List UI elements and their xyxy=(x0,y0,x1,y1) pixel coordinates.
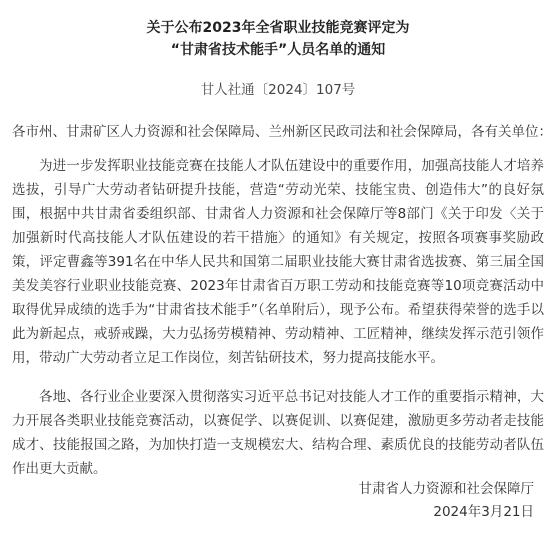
signature-block: 甘肃省人力资源和社会保障厅 2024年3月21日 xyxy=(359,478,535,524)
issuer-name: 甘肃省人力资源和社会保障厅 xyxy=(359,478,535,501)
document-title: 关于公布2023年全省职业技能竞赛评定为 “甘肃省技术能手”人员名单的通知 xyxy=(12,17,544,61)
body-paragraph-2: 各地、各行业企业要深入贯彻落实习近平总书记对技能人才工作的重要指示精神，大力开展… xyxy=(12,385,544,481)
title-line-1: 关于公布2023年全省职业技能竞赛评定为 xyxy=(12,17,544,39)
body-paragraph-1: 为进一步发挥职业技能竞赛在技能人才队伍建设中的重要作用，加强高技能人才培养选拔，… xyxy=(12,154,544,370)
addressee: 各市州、甘肃矿区人力资源和社会保障局、兰州新区民政司法和社会保障局，各有关单位： xyxy=(12,122,544,142)
title-line-2: “甘肃省技术能手”人员名单的通知 xyxy=(12,39,544,61)
document-number: 甘人社通〔2024〕107号 xyxy=(12,80,544,100)
issue-date: 2024年3月21日 xyxy=(359,501,535,524)
